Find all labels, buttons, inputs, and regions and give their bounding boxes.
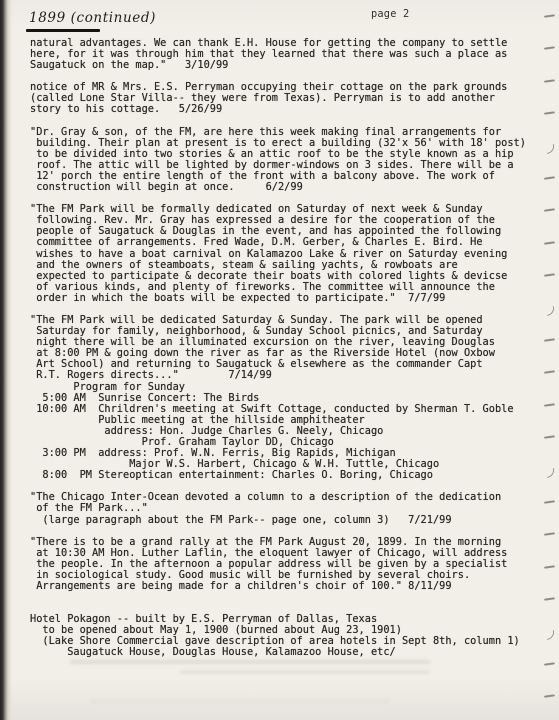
bleed-through-mark [90, 700, 390, 703]
binding-mark [544, 79, 555, 83]
binding-mark [545, 306, 556, 316]
header-underline [26, 29, 100, 32]
binding-mark [544, 371, 555, 375]
binding-mark [544, 533, 555, 537]
binding-marks [537, 0, 559, 720]
binding-mark [544, 662, 555, 666]
paragraph-park-dedication-committee: "The FM Park will be formally dedicated … [30, 204, 542, 304]
binding-mark [544, 14, 555, 18]
binding-mark [544, 338, 555, 342]
paragraph-perryman-cottage: notice of MR & Mrs. E.S. Perryman occupy… [30, 82, 542, 115]
binding-mark [544, 176, 555, 180]
bleed-through-mark [70, 660, 430, 664]
binding-mark [545, 144, 556, 154]
paragraph-chicago-inter-ocean: "The Chicago Inter-Ocean devoted a colum… [30, 492, 542, 525]
document-body: natural advantages. We can thank E.H. Ho… [30, 38, 542, 670]
binding-mark [545, 468, 556, 478]
binding-mark [544, 273, 555, 277]
page-header: 1899 (continued) [29, 10, 156, 26]
binding-mark [544, 565, 555, 569]
binding-mark [544, 111, 555, 115]
paragraph-hotel-pokagon: Hotel Pokagon -- built by E.S. Perryman … [30, 614, 542, 658]
page-number: page 2 [371, 8, 409, 20]
binding-mark [544, 209, 555, 213]
header-continued-label: (continued) [71, 10, 156, 26]
paragraph-grand-rally: "There is to be a grand rally at the FM … [30, 537, 542, 592]
paragraph-dr-gray-building: "Dr. Gray & son, of the FM, are here thi… [30, 127, 542, 194]
scanned-document-page: 1899 (continued) page 2 natural advantag… [0, 0, 559, 720]
bleed-through-mark [180, 670, 430, 674]
paragraph-natural-advantages: natural advantages. We can thank E.H. Ho… [30, 38, 542, 71]
binding-mark [544, 500, 555, 504]
binding-mark [545, 630, 556, 640]
binding-mark [544, 597, 555, 601]
binding-mark [544, 47, 555, 51]
header-year: 1899 [29, 10, 66, 26]
binding-mark [544, 695, 555, 699]
binding-mark [544, 403, 555, 407]
binding-mark [544, 435, 555, 439]
scan-edge-shadow [0, 0, 12, 720]
binding-mark [544, 241, 555, 245]
paragraph-dedication-program: "The FM Park will be dedicated Saturday … [30, 315, 542, 481]
